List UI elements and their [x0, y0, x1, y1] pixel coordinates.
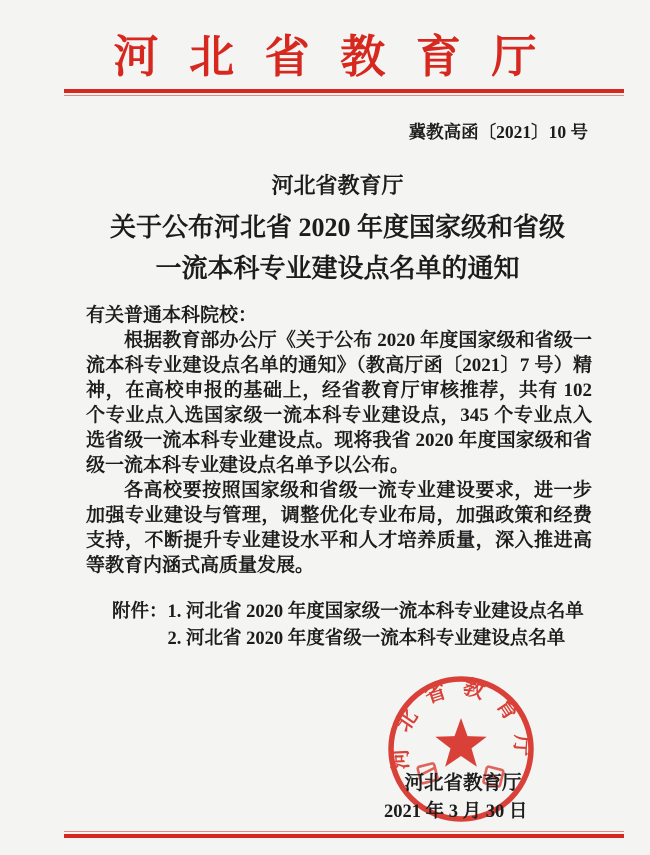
seal-star-icon — [435, 718, 486, 767]
attachments-label: 附件： — [112, 599, 168, 653]
title-line-subject-1: 关于公布河北省 2020 年度国家级和省级 — [85, 213, 590, 243]
salutation: 有关普通本科院校： — [86, 303, 592, 328]
signature-date: 2021 年 3 月 30 日 — [384, 797, 527, 823]
signature-agency: 河北省教育厅 — [402, 767, 524, 795]
attachment-item: 2. 河北省 2020 年度省级一流本科专业建设点名单 — [168, 626, 584, 653]
attachment-item: 1. 河北省 2020 年度国家级一流本科专业建设点名单 — [168, 599, 584, 626]
attachments-block: 附件： 1. 河北省 2020 年度国家级一流本科专业建设点名单 2. 河北省 … — [112, 599, 584, 653]
official-document-page: 河北省教育厅 冀教高函〔2021〕10 号 河北省教育厅 关于公布河北省 202… — [0, 0, 650, 855]
letterhead-divider-line — [64, 89, 624, 96]
body-paragraph: 各高校要按照国家级和省级一流专业建设要求，进一步加强专业建设与管理，调整优化专业… — [86, 478, 592, 578]
title-line-issuer: 河北省教育厅 — [85, 173, 590, 199]
document-title: 河北省教育厅 关于公布河北省 2020 年度国家级和省级 一流本科专业建设点名单… — [85, 173, 590, 295]
letterhead-agency-title: 河北省教育厅 — [0, 20, 650, 85]
document-number: 冀教高函〔2021〕10 号 — [409, 119, 588, 144]
document-body: 有关普通本科院校： 根据教育部办公厅《关于公布 2020 年度国家级和省级一流本… — [86, 303, 592, 578]
title-line-subject-2: 一流本科专业建设点名单的通知 — [85, 254, 590, 284]
footer-divider-line — [64, 831, 624, 838]
body-paragraph: 根据教育部办公厅《关于公布 2020 年度国家级和省级一流本科专业建设点名单的通… — [86, 328, 592, 478]
